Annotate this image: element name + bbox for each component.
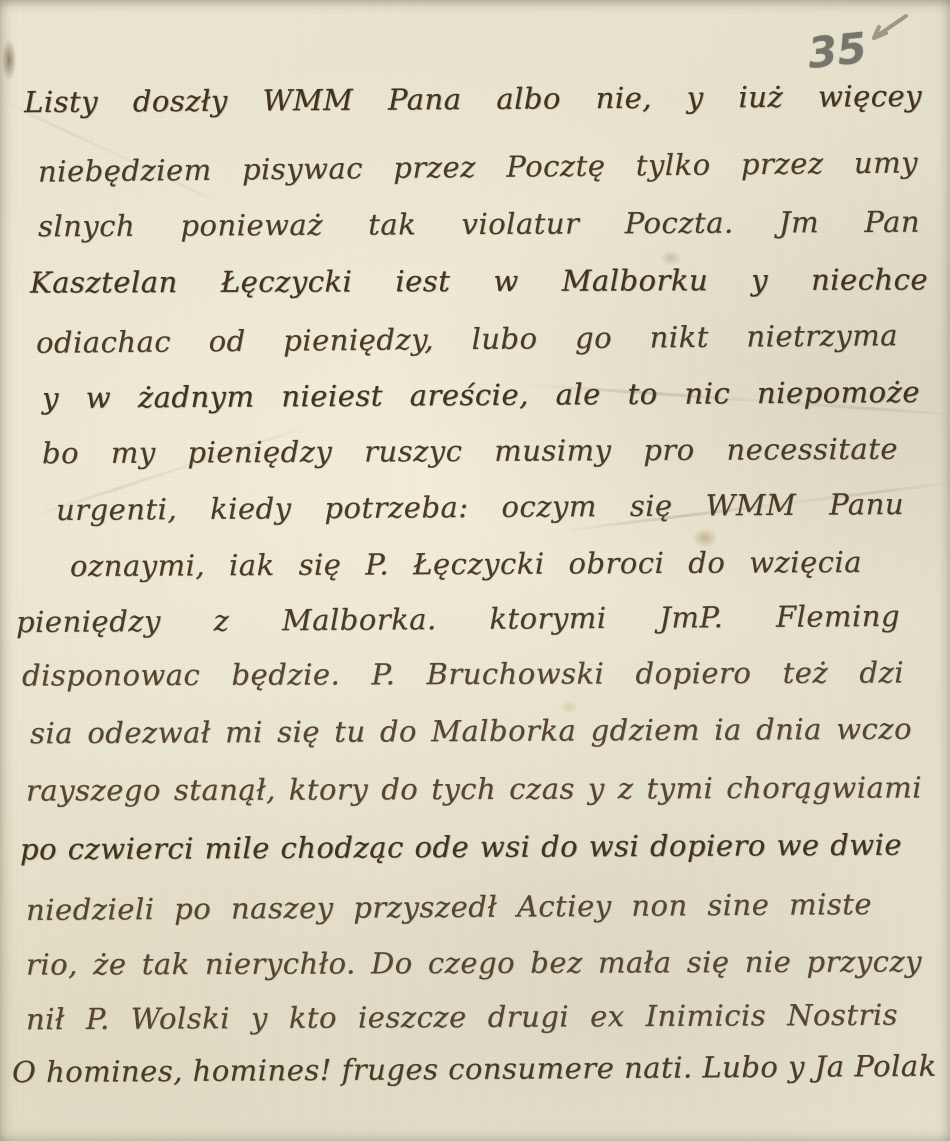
manuscript-line-16: rio, że tak nierychło. Do czego bez mała… (26, 944, 922, 981)
paper-stain (560, 700, 578, 714)
manuscript-page: 35 Listy doszły WMM Pana albo nie, y iuż… (0, 0, 950, 1141)
manuscript-line-6: y w żadnym nieiest areście, ale to nic n… (42, 375, 920, 415)
manuscript-line-14: po czwierci mile chodząc ode wsi do wsi … (20, 828, 902, 867)
manuscript-line-10: pieniędzy z Malborka. ktorymi JmP. Flemi… (16, 599, 900, 639)
manuscript-line-1: Listy doszły WMM Pana albo nie, y iuż wi… (24, 79, 922, 119)
manuscript-line-11: disponowac będzie. P. Bruchowski dopiero… (22, 655, 904, 692)
manuscript-line-18: O homines, homines! fruges consumere nat… (12, 1049, 924, 1089)
manuscript-line-2: niebędziem pisywac przez Pocztę tylko pr… (38, 145, 918, 188)
manuscript-line-17: nił P. Wolski y kto ieszcze drugi ex Ini… (26, 998, 898, 1037)
manuscript-line-8: urgenti, kiedy potrzeba: oczym się WMM P… (56, 487, 904, 527)
manuscript-line-15: niedzieli po naszey przyszedł Actiey non… (26, 887, 872, 927)
manuscript-line-12: sia odezwał mi się tu do Malborka gdziem… (30, 712, 912, 751)
manuscript-line-7: bo my pieniędzy ruszyc musimy pro necess… (42, 432, 898, 470)
manuscript-line-13: rayszego stanął, ktory do tych czas y z … (26, 770, 922, 807)
manuscript-line-5: odiachac od pieniędzy, lubo go nikt niet… (36, 318, 898, 360)
manuscript-line-3: slnych ponieważ tak violatur Poczta. Jm … (38, 205, 920, 244)
page-number: 35 (806, 23, 869, 78)
paper-stain (2, 40, 16, 80)
manuscript-line-4: Kasztelan Łęczycki iest w Malborku y nie… (30, 262, 928, 299)
manuscript-line-9: oznaymi, iak się P. Łęczycki obroci do w… (70, 545, 862, 583)
